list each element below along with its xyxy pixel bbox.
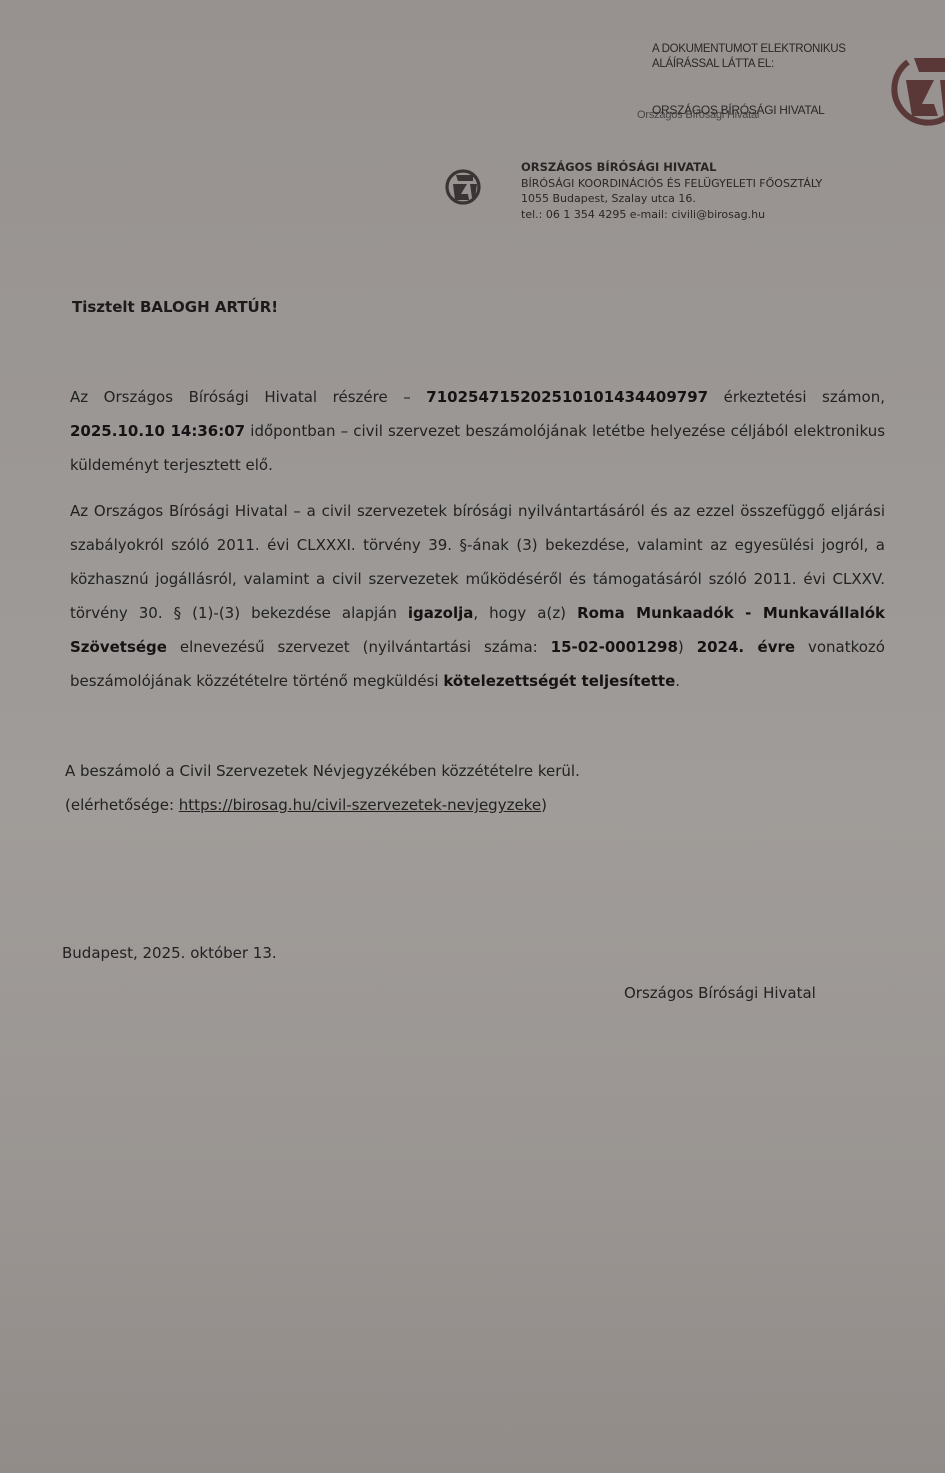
- registry-link[interactable]: https://birosag.hu/civil-szervezetek-nev…: [179, 796, 541, 814]
- letterhead-org-name: ORSZÁGOS BÍRÓSÁGI HIVATAL: [521, 160, 822, 176]
- paragraph-certification: Az Országos Bírósági Hivatal – a civil s…: [70, 494, 885, 698]
- text: ): [541, 796, 547, 814]
- paragraph-publication: A beszámoló a Civil Szervezetek Névjegyz…: [65, 754, 880, 822]
- text: (elérhetősége:: [65, 796, 179, 814]
- text: érkeztetési számon,: [708, 388, 885, 406]
- submission-datetime: 2025.10.10 14:36:07: [70, 422, 245, 440]
- letterhead: ORSZÁGOS BÍRÓSÁGI HIVATAL BÍRÓSÁGI KOORD…: [521, 160, 822, 222]
- greeting-prefix: Tisztelt: [72, 298, 135, 316]
- stamp-org-overlay: Országos Bírósági Hivatal: [637, 109, 759, 121]
- obh-logo-icon: [886, 50, 945, 130]
- text: elnevezésű szervezet (nyilvántartási szá…: [167, 638, 551, 656]
- stamp-line-2: ALÁÍRÁSSAL LÁTTA EL:: [652, 57, 846, 72]
- text: .: [675, 672, 680, 690]
- publication-note: A beszámoló a Civil Szervezetek Névjegyz…: [65, 754, 880, 788]
- registration-number: 710254715202510101434409797: [426, 388, 708, 406]
- certifies-verb: igazolja: [408, 604, 473, 622]
- signatory: Országos Bírósági Hivatal: [624, 984, 816, 1002]
- availability-line: (elérhetősége: https://birosag.hu/civil-…: [65, 788, 880, 822]
- text: ): [678, 638, 697, 656]
- obligation-fulfilled: kötelezettségét teljesítette: [443, 672, 675, 690]
- letterhead-address: 1055 Budapest, Szalay utca 16.: [521, 191, 822, 207]
- organization-reg-no: 15-02-0001298: [551, 638, 678, 656]
- text: Az Országos Bírósági Hivatal részére –: [70, 388, 426, 406]
- obh-logo-icon: [443, 167, 483, 207]
- greeting: Tisztelt BALOGH ARTÚR!: [72, 298, 278, 316]
- text: , hogy a(z): [473, 604, 577, 622]
- recipient-name: BALOGH ARTÚR!: [140, 298, 278, 316]
- letterhead-contact: tel.: 06 1 354 4295 e-mail: civili@biros…: [521, 207, 822, 223]
- stamp-line-1: A DOKUMENTUMOT ELEKTRONIKUS: [652, 42, 846, 57]
- e-signature-stamp: A DOKUMENTUMOT ELEKTRONIKUS ALÁÍRÁSSAL L…: [652, 42, 846, 72]
- letterhead-department: BÍRÓSÁGI KOORDINÁCIÓS ÉS FELÜGYELETI FŐO…: [521, 176, 822, 192]
- place-and-date: Budapest, 2025. október 13.: [62, 944, 277, 962]
- report-year: 2024. évre: [697, 638, 795, 656]
- paragraph-submission: Az Országos Bírósági Hivatal részére – 7…: [70, 380, 885, 482]
